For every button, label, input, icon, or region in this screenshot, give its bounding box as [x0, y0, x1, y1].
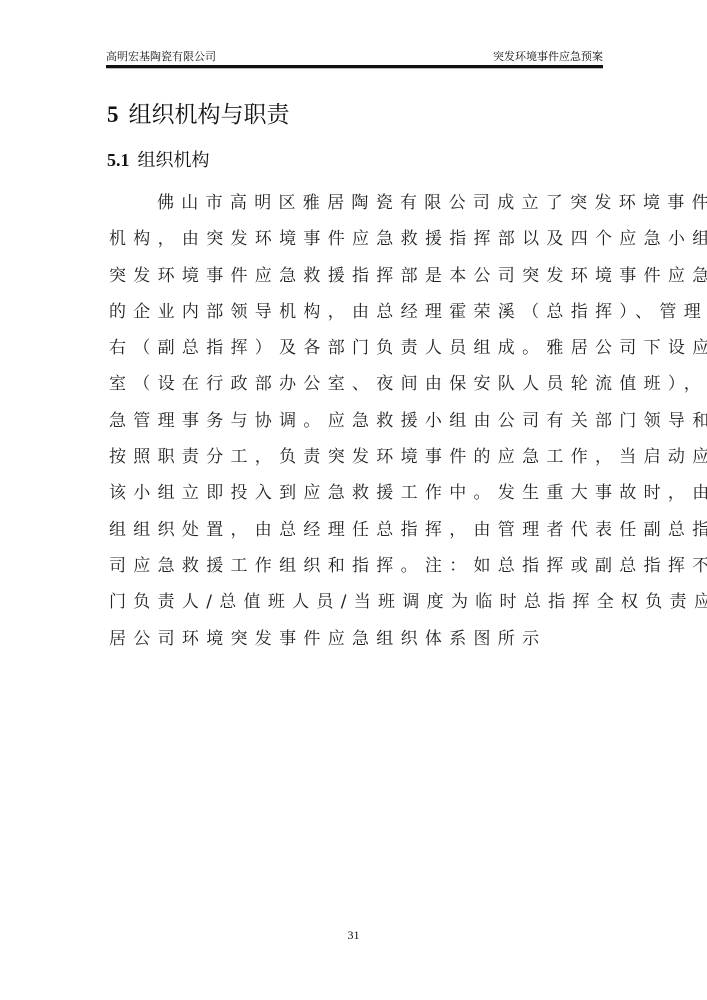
body-paragraph: 佛山市高明区雅居陶瓷有限公司成立了突发环境事件应急组织 机构，由突发环境事件应急… — [109, 185, 609, 657]
section-title: 组织机构与职责 — [129, 102, 290, 128]
text-line: 急管理事务与协调。应急救援小组由公司有关部门领导和员工组成， — [109, 403, 609, 439]
text-line: 的企业内部领导机构，由总经理霍荣溪（总指挥）、管理者代表唐炑 — [109, 294, 609, 330]
text-line: 居公司环境突发事件应急组织体系图所示 — [109, 621, 609, 657]
header-rule — [106, 65, 603, 68]
text-line: 右（副总指挥）及各部门负责人员组成。雅居公司下设应急救援办公 — [109, 330, 609, 366]
header-document-title: 突发环境事件应急预案 — [493, 48, 603, 64]
text-line: 按照职责分工，负责突发环境事件的应急工作，当启动应急响应时， — [109, 439, 609, 475]
subsection-number: 5.1 — [107, 150, 130, 170]
section-number: 5 — [107, 102, 119, 127]
text-line: 组组织处置，由总经理任总指挥，由管理者代表任副总指挥，负责公 — [109, 512, 609, 548]
subsection-title: 组织机构 — [138, 150, 210, 171]
page-number: 31 — [0, 928, 707, 943]
section-heading: 5组织机构与职责 — [107, 96, 290, 129]
text-line: 司应急救援工作组织和指挥。注：如总指挥或副总指挥不在时，由部 — [109, 548, 609, 584]
text-line: 室（设在行政部办公室、夜间由保安队人员轮流值班），负责日常应 — [109, 366, 609, 402]
page-header: 高明宏基陶瓷有限公司 突发环境事件应急预案 — [106, 48, 603, 64]
subsection-heading: 5.1组织机构 — [107, 146, 210, 172]
text-line: 该小组立即投入到应急救援工作中。发生重大事故时，由指挥领导小 — [109, 475, 609, 511]
header-company: 高明宏基陶瓷有限公司 — [106, 48, 216, 64]
text-line: 机构，由突发环境事件应急救援指挥部以及四个应急小组组成。其中 — [109, 221, 609, 257]
text-line: 门负责人/总值班人员/当班调度为临时总指挥全权负责应急指挥。雅 — [109, 584, 609, 620]
text-line: 佛山市高明区雅居陶瓷有限公司成立了突发环境事件应急组织 — [109, 185, 609, 221]
text-line: 突发环境事件应急救援指挥部是本公司突发环境事件应急管理工作 — [109, 258, 609, 294]
